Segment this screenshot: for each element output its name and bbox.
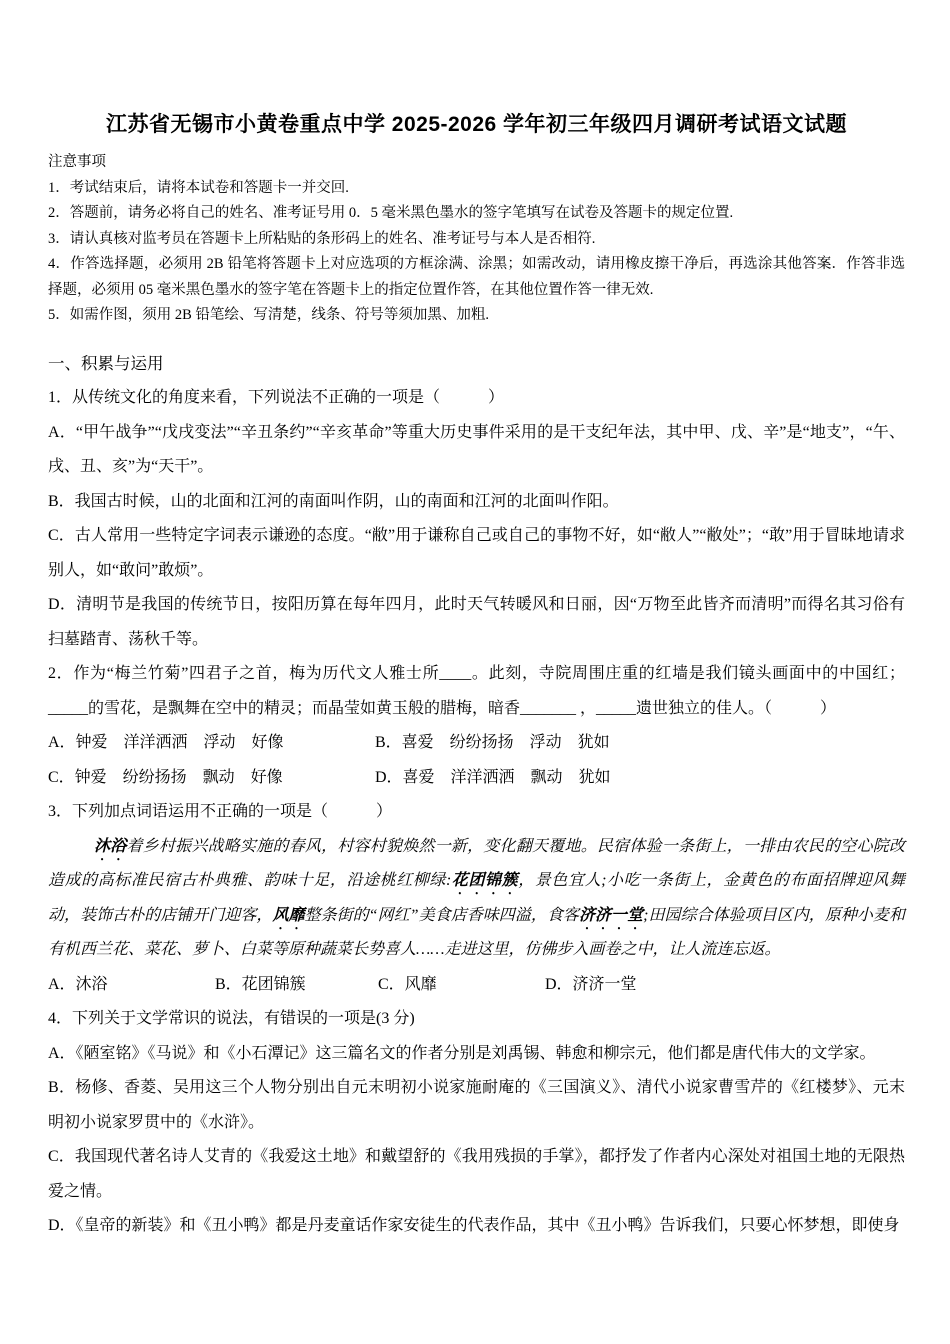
question-4: 4．下列关于文学常识的说法，有错误的一项是(3 分) A．《陋室铭》《马说》和《… (48, 1002, 905, 1244)
question-3-stem: 3．下列加点词语运用不正确的一项是（ ） (48, 795, 905, 830)
notice-item-1: 1．考试结束后，请将本试卷和答题卡一并交回. (48, 176, 905, 202)
question-3-passage: 沐浴着乡村振兴战略实施的春风，村容村貌焕然一新，变化翻天覆地。民宿体验一条街上，… (48, 830, 905, 968)
passage-text: 整条街的“网红”美食店香味四溢，食客 (305, 907, 579, 924)
question-3-option-b: B．花团锦簇 (215, 968, 378, 1003)
question-4-option-b: B．杨修、香菱、吴用这三个人物分别出自元末明初小说家施耐庵的《三国演义》、清代小… (48, 1071, 905, 1140)
question-2-option-c: C．钟爱 纷纷扬扬 飘动 好像 (48, 761, 375, 796)
question-3-option-a: A．沐浴 (48, 968, 215, 1003)
question-4-option-d: D．《皇帝的新装》和《丑小鸭》都是丹麦童话作家安徒生的代表作品，其中《丑小鸭》告… (48, 1209, 905, 1244)
question-4-stem: 4．下列关于文学常识的说法，有错误的一项是(3 分) (48, 1002, 905, 1037)
question-2-option-b: B．喜爱 纷纷扬扬 浮动 犹如 (375, 726, 905, 761)
question-3-option-c: C．风靡 (378, 968, 545, 1003)
emphasized-word: 沐浴 (94, 838, 126, 855)
emphasized-word: 风靡 (272, 907, 304, 924)
question-2-option-d: D．喜爱 洋洋洒洒 飘动 犹如 (375, 761, 905, 796)
question-1-option-a: A．“甲午战争”“戊戌变法”“辛丑条约”“辛亥革命”等重大历史事件采用的是干支纪… (48, 416, 905, 485)
question-4-option-c: C．我国现代著名诗人艾青的《我爱这土地》和戴望舒的《我用残损的手掌》，都抒发了作… (48, 1140, 905, 1209)
question-3-options: A．沐浴 B．花团锦簇 C．风靡 D．济济一堂 (48, 968, 905, 1003)
question-1-stem: 1．从传统文化的角度来看，下列说法不正确的一项是（ ） (48, 381, 905, 416)
notice-item-2: 2．答题前，请务必将自己的姓名、准考证号用 0．5 毫米黑色墨水的签字笔填写在试… (48, 201, 905, 227)
question-1-option-b: B．我国古时候，山的北面和江河的南面叫作阴，山的南面和江河的北面叫作阳。 (48, 485, 905, 520)
question-1: 1．从传统文化的角度来看，下列说法不正确的一项是（ ） A．“甲午战争”“戊戌变… (48, 381, 905, 657)
question-1-option-c: C．古人常用一些特定字词表示谦逊的态度。“敝”用于谦称自己或自己的事物不好，如“… (48, 519, 905, 588)
notice-heading: 注意事项 (48, 150, 905, 176)
notice-item-3: 3．请认真核对监考员在答题卡上所粘贴的条形码上的姓名、准考证号与本人是否相符. (48, 227, 905, 253)
exam-page: 江苏省无锡市小黄卷重点中学 2025-2026 学年初三年级四月调研考试语文试题… (0, 0, 950, 1344)
emphasized-word: 济济一堂 (579, 907, 643, 924)
question-4-option-a: A．《陋室铭》《马说》和《小石潭记》这三篇名文的作者分别是刘禹锡、韩愈和柳宗元，… (48, 1037, 905, 1072)
notice-section: 注意事项 1．考试结束后，请将本试卷和答题卡一并交回. 2．答题前，请务必将自己… (48, 150, 905, 329)
emphasized-word: 花团锦簇 (451, 872, 518, 889)
question-2-stem: 2．作为“梅兰竹菊”四君子之首，梅为历代文人雅士所____。此刻，寺院周围庄重的… (48, 657, 905, 726)
page-title: 江苏省无锡市小黄卷重点中学 2025-2026 学年初三年级四月调研考试语文试题 (48, 110, 905, 140)
notice-item-4: 4．作答选择题，必须用 2B 铅笔将答题卡上对应选项的方框涂满、涂黑；如需改动，… (48, 252, 905, 303)
question-2: 2．作为“梅兰竹菊”四君子之首，梅为历代文人雅士所____。此刻，寺院周围庄重的… (48, 657, 905, 795)
question-2-option-a: A．钟爱 洋洋洒洒 浮动 好像 (48, 726, 375, 761)
question-2-options: A．钟爱 洋洋洒洒 浮动 好像 B．喜爱 纷纷扬扬 浮动 犹如 C．钟爱 纷纷扬… (48, 726, 905, 795)
question-1-option-d: D．清明节是我国的传统节日，按阳历算在每年四月，此时天气转暖风和日丽，因“万物至… (48, 588, 905, 657)
notice-item-5: 5．如需作图，须用 2B 铅笔绘、写清楚，线条、符号等须加黑、加粗. (48, 303, 905, 329)
question-3: 3．下列加点词语运用不正确的一项是（ ） 沐浴着乡村振兴战略实施的春风，村容村貌… (48, 795, 905, 1002)
question-3-option-d: D．济济一堂 (545, 968, 905, 1003)
section-heading: 一、积累与运用 (48, 347, 905, 382)
